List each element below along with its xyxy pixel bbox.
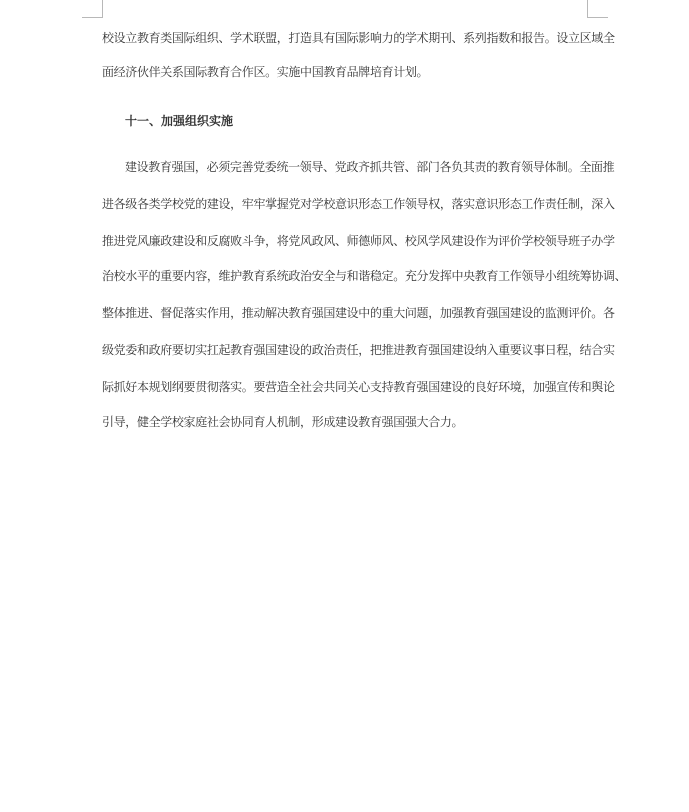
paragraph-line: 推进党风廉政建设和反腐败斗争，将党风政风、师德师风、校风学风建设作为评价学校领导… — [102, 233, 588, 249]
paragraph-line: 建设教育强国，必须完善党委统一领导、党政齐抓共管、部门各负其责的教育领导体制。全… — [125, 159, 588, 175]
paragraph-line: 际抓好本规划纲要贯彻落实。要营造全社会共同关心支持教育强国建设的良好环境，加强宣… — [102, 379, 588, 395]
document-page: 校设立教育类国际组织、学术联盟，打造具有国际影响力的学术期刊、系列指数和报告。设… — [0, 0, 689, 812]
top-left-margin-mark — [82, 0, 103, 18]
paragraph-line: 级党委和政府要切实扛起教育强国建设的政治责任，把推进教育强国建设纳入重要议事日程… — [102, 342, 588, 358]
paragraph-line: 整体推进、督促落实作用，推动解决教育强国建设中的重大问题，加强教育强国建设的监测… — [102, 305, 588, 321]
paragraph-line: 面经济伙伴关系国际教育合作区。实施中国教育品牌培育计划。 — [102, 64, 588, 80]
paragraph-line: 引导，健全学校家庭社会协同育人机制，形成建设教育强国强大合力。 — [102, 414, 588, 430]
section-heading: 十一、加强组织实施 — [125, 113, 233, 129]
top-right-margin-mark — [587, 0, 608, 18]
paragraph-line: 进各级各类学校党的建设，牢牢掌握党对学校意识形态工作领导权，落实意识形态工作责任… — [102, 196, 588, 212]
paragraph-line: 校设立教育类国际组织、学术联盟，打造具有国际影响力的学术期刊、系列指数和报告。设… — [102, 30, 588, 46]
paragraph-line: 治校水平的重要内容，维护教育系统政治安全与和谐稳定。充分发挥中央教育工作领导小组… — [102, 268, 588, 284]
